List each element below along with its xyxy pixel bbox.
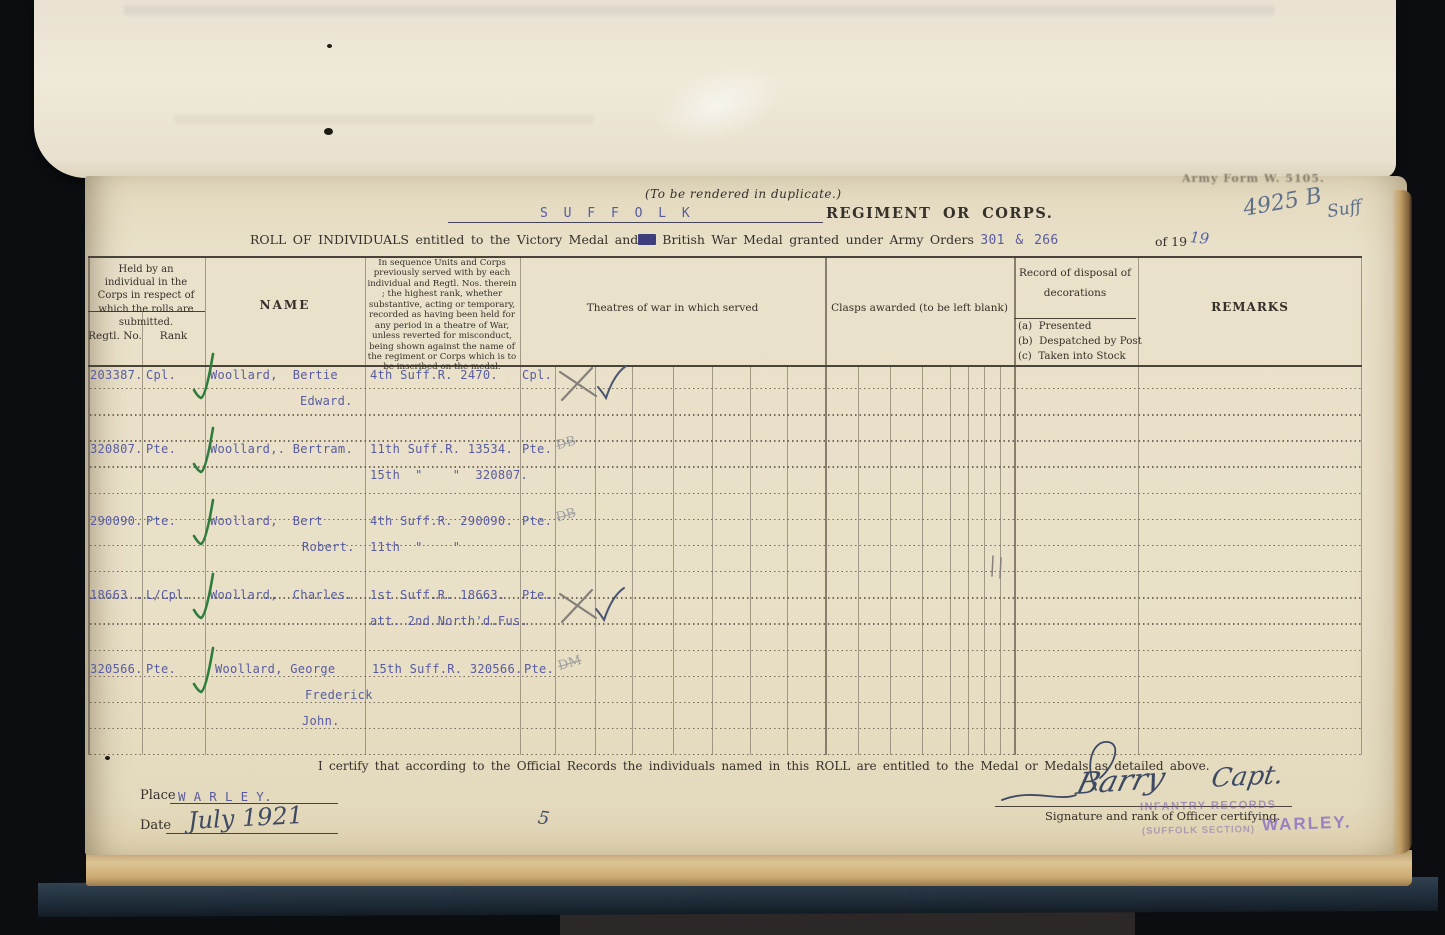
grid-vertical-line xyxy=(673,365,674,755)
header-regtl-no: Regtl. No. xyxy=(88,330,142,342)
dotted-row-line xyxy=(90,702,1361,703)
roll-title-prefix: ROLL OF INDIVIDUALS entitled to the Vict… xyxy=(250,232,638,247)
grid-vertical-line xyxy=(1014,256,1016,755)
certification-statement: I certify that according to the Official… xyxy=(318,759,1210,773)
row-units: 1st Suff.R. 18663. xyxy=(370,588,505,602)
row-name: Woollard,. Bertram. xyxy=(210,442,353,456)
row-rank: Cpl. xyxy=(146,368,176,382)
row-rank: L/Cpl. xyxy=(146,588,191,602)
place-value: W A R L E Y. xyxy=(178,789,272,804)
dotted-row-line xyxy=(90,754,1361,755)
grid-vertical-line xyxy=(205,256,206,755)
row-units-2: att. 2nd North'd.Fus. xyxy=(370,614,528,628)
row-medal-rank: Pte. xyxy=(524,662,554,676)
roll-title-line: ROLL OF INDIVIDUALS entitled to the Vict… xyxy=(250,232,1059,248)
regiment-caption: REGIMENT OR CORPS. xyxy=(826,205,1053,222)
roll-title-suffix: British War Medal granted under Army Ord… xyxy=(662,232,974,247)
row-name-3: John. xyxy=(302,714,340,728)
row-medal-rank: Cpl. xyxy=(522,368,552,382)
records-office-stamp-line1: INFANTRY RECORDS xyxy=(1140,799,1277,813)
grid-vertical-line xyxy=(595,365,596,755)
grid-vertical-line xyxy=(1000,365,1001,755)
dotted-row-line xyxy=(90,650,1361,651)
row-regtl-no: 18663 . xyxy=(90,588,143,602)
row-medal-rank: Pte. xyxy=(522,442,552,456)
row-name-2: Edward. xyxy=(300,394,353,408)
grid-horizontal-line xyxy=(88,256,1362,258)
row-regtl-no: 320807. xyxy=(90,442,143,456)
grid-vertical-line xyxy=(825,256,827,755)
regiment-name-typed: S U F F O L K xyxy=(540,206,694,221)
grid-horizontal-line xyxy=(88,365,1362,367)
header-theatres: Theatres of war in which served xyxy=(520,302,825,314)
header-held-by: Held by an individual in the Corps in re… xyxy=(92,263,200,329)
grid-vertical-line xyxy=(555,365,556,755)
row-name: Woollard, Bertie xyxy=(210,368,338,382)
row-name: Woollard, Bert xyxy=(210,514,323,528)
grid-vertical-line xyxy=(968,365,969,755)
row-units: 15th Suff.R. 320566. xyxy=(372,662,523,676)
row-units: 4th Suff.R. 2470. xyxy=(370,368,498,382)
row-name-2: Robert. xyxy=(302,540,355,554)
row-units: 4th Suff.R. 290090. xyxy=(370,514,513,528)
of-year-written: 19 xyxy=(1189,228,1210,248)
grid-vertical-line xyxy=(1138,256,1139,755)
header-remarks: REMARKS xyxy=(1138,300,1362,314)
officer-signature: Barry xyxy=(1073,761,1169,802)
records-office-stamp-line2: (SUFFOLK SECTION) xyxy=(1142,824,1255,837)
dotted-row-line xyxy=(90,493,1361,494)
row-name: Woollard, Charles. xyxy=(210,588,353,602)
dotted-row-line xyxy=(90,545,1361,546)
grid-vertical-line xyxy=(858,365,859,755)
duplicate-note: (To be rendered in duplicate.) xyxy=(645,187,842,201)
dotted-row-line xyxy=(90,728,1361,729)
row-rank: Pte. xyxy=(146,662,176,676)
grid-vertical-line xyxy=(520,256,521,755)
row-regtl-no: 320566. xyxy=(90,662,143,676)
header-disposal-b: (b) Despatched by Post xyxy=(1018,335,1142,347)
struck-word: or xyxy=(638,234,656,245)
row-medal-rank: Pte. xyxy=(522,514,552,528)
header-disposal-title-2: decorations xyxy=(1014,287,1136,299)
grid-horizontal-line xyxy=(448,222,823,223)
row-rank: Pte. xyxy=(146,514,176,528)
grid-vertical-line xyxy=(1361,256,1362,755)
header-rank: Rank xyxy=(142,330,205,342)
row-name-2: Frederick xyxy=(305,688,373,702)
row-rank: Pte. xyxy=(146,442,176,456)
dotted-row-line xyxy=(90,466,1361,467)
officer-signature-rank: Capt. xyxy=(1209,760,1285,794)
army-orders-typed: 301 & 266 xyxy=(980,233,1058,248)
of-year-printed: of 19 xyxy=(1155,234,1187,249)
header-clasps: Clasps awarded (to be left blank) xyxy=(825,302,1014,314)
place-label: Place xyxy=(140,788,176,803)
grid-vertical-line xyxy=(712,365,713,755)
grid-vertical-line xyxy=(922,365,923,755)
dotted-row-line xyxy=(90,388,1361,389)
grid-vertical-line xyxy=(632,365,633,755)
dotted-row-line xyxy=(90,414,1361,415)
grid-vertical-line xyxy=(890,365,891,755)
grid-vertical-line xyxy=(750,365,751,755)
row-units-2: 11th " " xyxy=(370,540,460,554)
header-disposal-title-1: Record of disposal of xyxy=(1014,267,1136,279)
row-medal-rank: Pte. xyxy=(522,588,552,602)
row-regtl-no: 290090. xyxy=(90,514,143,528)
header-name: NAME xyxy=(205,298,365,312)
dotted-row-line xyxy=(90,571,1361,572)
dotted-row-line xyxy=(90,623,1361,624)
header-disposal-a: (a) Presented xyxy=(1018,320,1092,332)
grid-vertical-line xyxy=(950,365,951,755)
row-units: 11th Suff.R. 13534. xyxy=(370,442,513,456)
header-disposal-c: (c) Taken into Stock xyxy=(1018,350,1126,362)
header-units: In sequence Units and Corps previously s… xyxy=(366,258,518,373)
medal-roll-photograph: Army Form W. 5105. (To be rendered in du… xyxy=(0,0,1445,935)
army-form-number: Army Form W. 5105. xyxy=(1182,172,1325,185)
grid-vertical-line xyxy=(984,365,985,755)
grid-horizontal-line xyxy=(1014,318,1136,319)
row-regtl-no: 203387. xyxy=(90,368,143,382)
row-name: Woollard, George xyxy=(215,662,335,676)
warley-stamp: WARLEY. xyxy=(1262,812,1352,835)
row-units-2: 15th " " 320807. xyxy=(370,468,528,482)
date-label: Date xyxy=(140,818,171,833)
grid-vertical-line xyxy=(787,365,788,755)
